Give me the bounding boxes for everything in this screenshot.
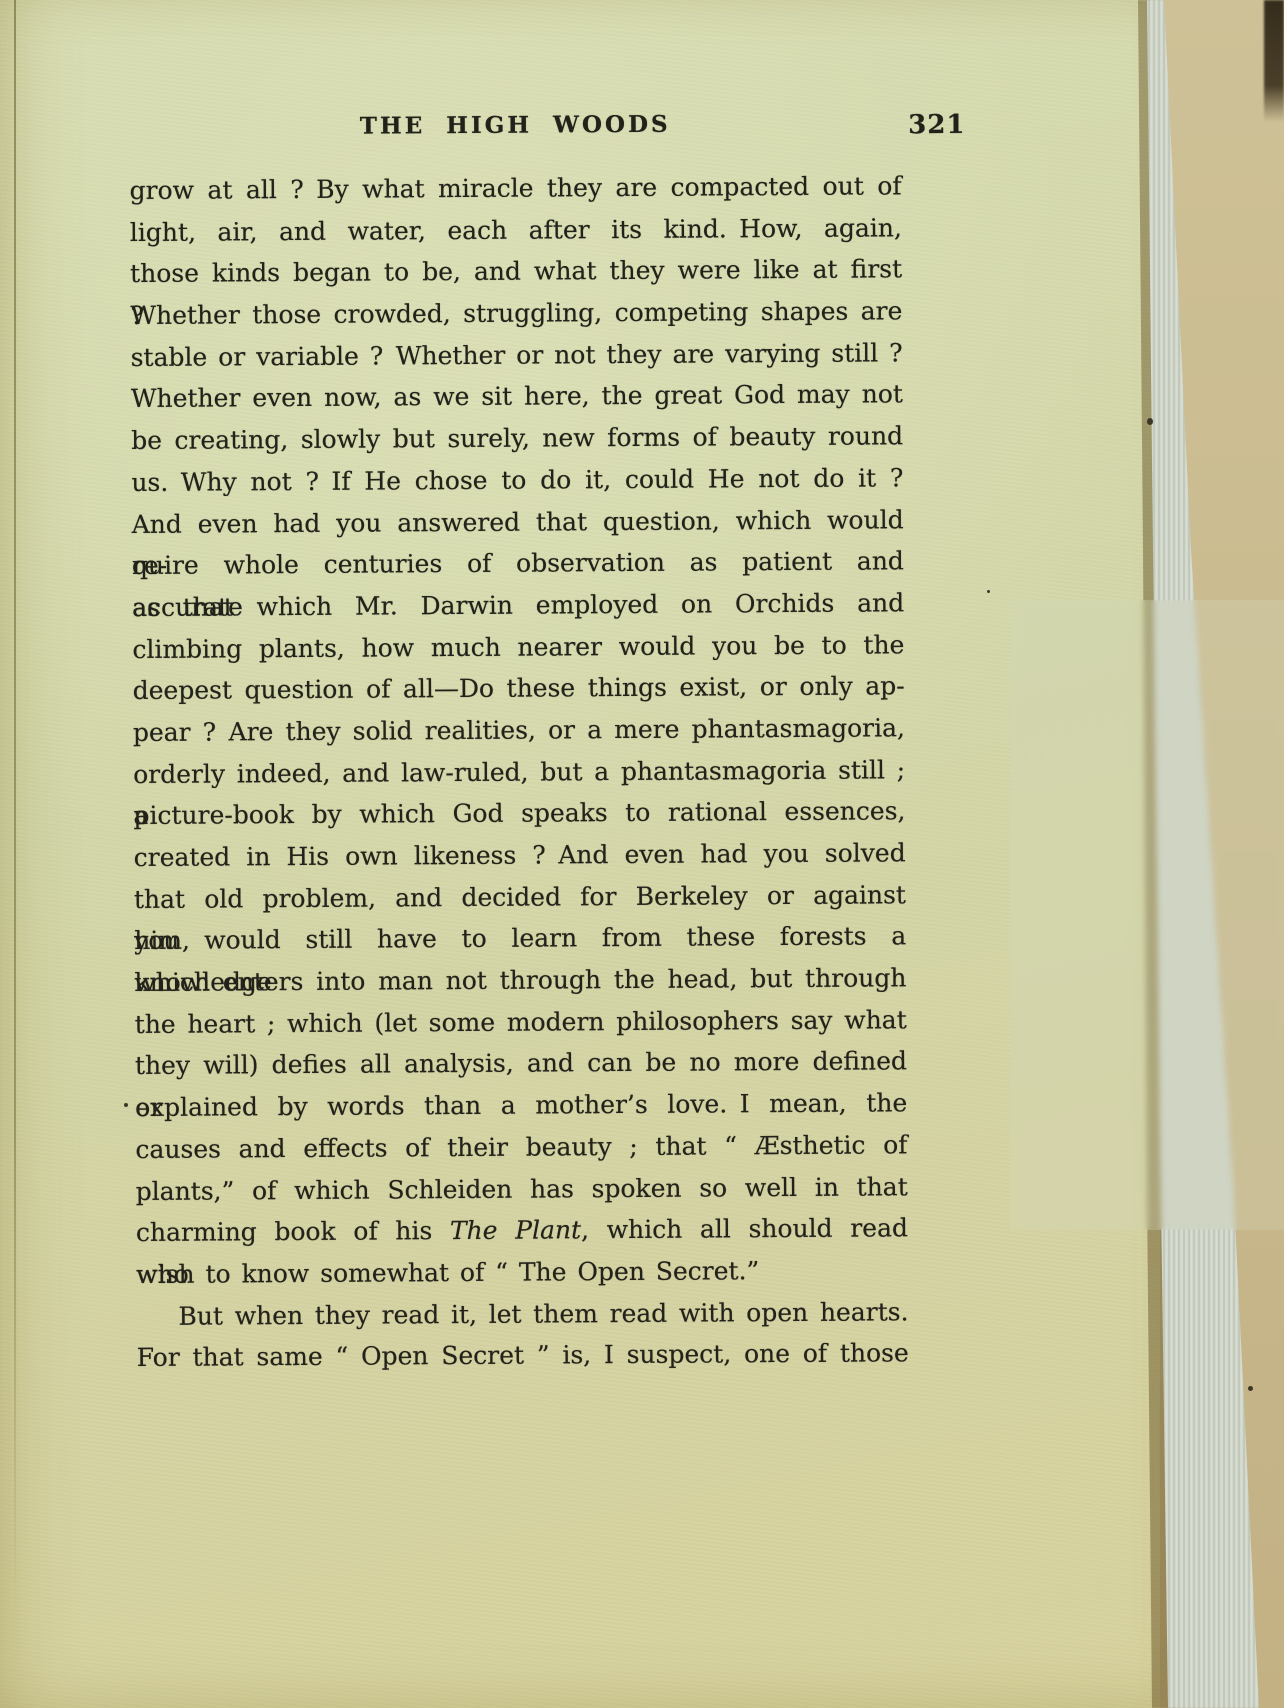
paper-speck [1248,1386,1253,1391]
text-line: you would still have to learn from these… [134,916,906,962]
text-line: picture-book by which God speaks to rati… [133,791,905,837]
paper-speck [1147,418,1153,425]
text-line: pear ? Are they solid realities, or a me… [133,707,905,753]
text-line: as that which Mr. Darwin employed on Orc… [132,582,904,628]
text-line: orderly indeed, and law-ruled, but a pha… [133,749,905,795]
text-line: deepest question of all—Do these things … [133,666,905,712]
text-line: that old problem, and decided for Berkel… [134,874,906,920]
left-page-crease [14,0,16,1600]
dark-background-corner [1264,0,1284,122]
page-number: 321 [908,110,978,140]
text-line: charming book of his The Plant, which al… [136,1207,908,1253]
photo-blur-artifact [1010,600,1284,1230]
text-line: those kinds began to be, and what they w… [130,249,902,295]
text-line: light, air, and water, each after its ki… [130,207,902,253]
text-line: the heart ; which (let some modern philo… [135,999,907,1045]
text-line: Whether even now, as we sit here, the gr… [131,374,903,420]
text-line: quire whole centuries of observation as … [132,540,904,586]
text-line: they will) defies all analysis, and can … [135,1041,907,1087]
text-line: For that same “ Open Secret ” is, I susp… [137,1333,909,1379]
text-line: created in His own likeness ? And even h… [134,832,906,878]
page-header: THE HIGH WOODS 321 [129,103,901,170]
text-line: us. Why not ? If He chose to do it, coul… [131,457,903,503]
paper-speck [987,590,990,593]
text-line: which enters into man not through the he… [134,957,906,1003]
paper-speck [124,1103,128,1107]
text-line: plants,” of which Schleiden has spoken s… [136,1166,908,1212]
text-line: grow at all ? By what miracle they are c… [129,165,901,211]
running-head: THE HIGH WOODS [129,103,901,141]
text-line: And even had you answered that question,… [132,499,904,545]
page-body-text: grow at all ? By what miracle they are c… [129,165,908,1379]
text-line: wish to know somewhat of “ The Open Secr… [136,1249,908,1295]
text-line: Whether those crowded, struggling, compe… [130,290,902,336]
text-line: stable or variable ? Whether or not they… [131,332,903,378]
text-block: THE HIGH WOODS 321 grow at all ? By what… [129,103,909,1379]
book-photo: THE HIGH WOODS 321 grow at all ? By what… [0,0,1284,1708]
text-line: climbing plants, how much nearer would y… [132,624,904,670]
text-line: But when they read it, let them read wit… [136,1291,908,1337]
text-line: causes and effects of their beauty ; tha… [135,1124,907,1170]
text-line: be creating, slowly but surely, new form… [131,415,903,461]
text-line: explained by words than a mother’s love.… [135,1082,907,1128]
